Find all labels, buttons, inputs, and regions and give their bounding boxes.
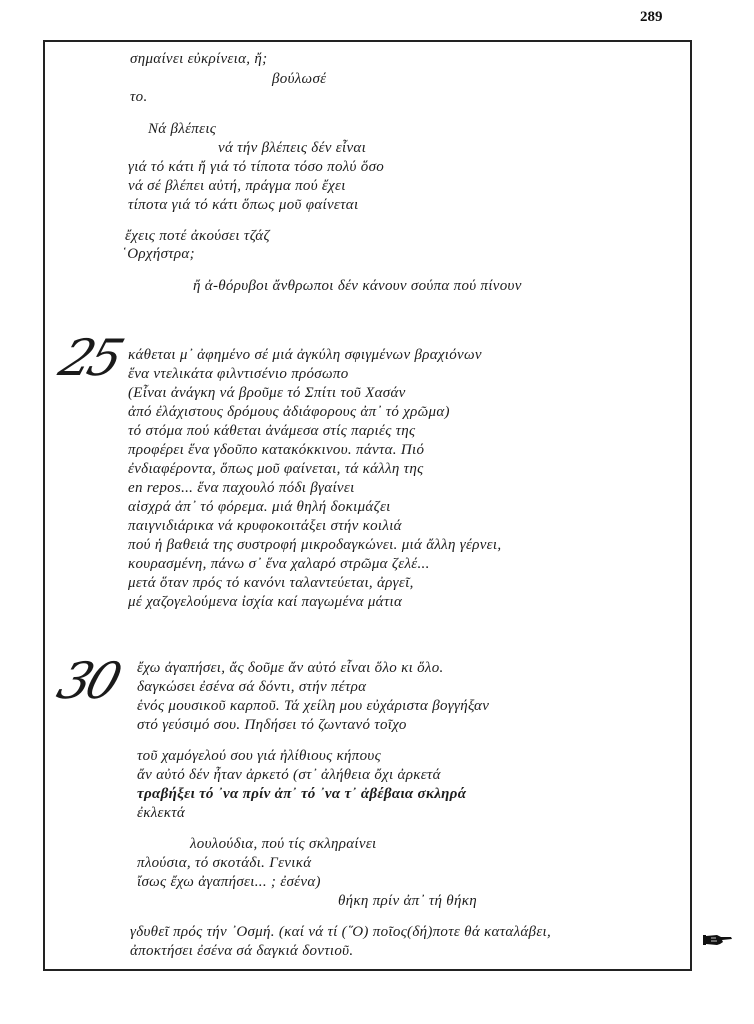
poem-line: βούλωσέ	[272, 70, 326, 88]
poem-line: ἕνα ντελικάτα φιλντισένιο πρόσωπο	[128, 365, 349, 383]
poem-line: ῾Ορχήστρα;	[122, 245, 195, 263]
poem-line: ἑνός μουσικοῦ καρποῦ. Τά χείλη μου εὐχάρ…	[137, 697, 489, 715]
poem-line: προφέρει ἕνα γδοῦπο κατακόκκινου. πάντα.…	[128, 441, 424, 459]
poem-line: ἄν αὐτό δέν ἦταν ἀρκετό (στ᾽ ἀλήθεια ὄχι…	[137, 766, 441, 784]
poem-line: ἔχεις ποτέ ἀκούσει τζάζ	[125, 227, 270, 245]
poem-line: ἔχω ἀγαπήσει, ἄς δοῦμε ἄν αὐτό εἶναι ὅλο…	[137, 659, 444, 677]
poem-line: ἤ ἀ-θόρυβοι ἄνθρωποι δέν κάνουν σούπα πο…	[193, 277, 522, 295]
poem-line: ἐκλεκτά	[137, 804, 185, 822]
poem-line: ἴσως ἔχω ἀγαπήσει... ; ἐσένα)	[137, 873, 321, 891]
poem-line: en repos... ἕνα παχουλό πόδι βγαίνει	[128, 479, 355, 497]
pointing-hand-icon	[703, 932, 733, 948]
poem-line: αἰσχρά ἀπ᾽ τό φόρεμα. μιά θηλή δοκιμάζει	[128, 498, 391, 516]
poem-line: μετά ὅταν πρός τό κανόνι ταλαντεύεται, ἀ…	[128, 574, 414, 592]
poem-line: ἐνδιαφέροντα, ὅπως μοῦ φαίνεται, τά κάλλ…	[128, 460, 423, 478]
poem-line: κάθεται μ᾽ ἀφημένο σέ μιά ἀγκύλη σφιγμέν…	[128, 346, 482, 364]
poem-line: τραβήξει τό ᾽να πρίν ἀπ᾽ τό ᾽να τ᾽ ἀβέβα…	[137, 785, 466, 803]
poem-line: παιγνιδιάρικα νά κρυφοκοιτάξει στήν κοιλ…	[128, 517, 402, 535]
poem-line: ἀποκτήσει ἐσένα σά δαγκιά δοντιοῦ.	[130, 942, 353, 960]
poem-line: τίποτα γιά τό κάτι ὅπως μοῦ φαίνεται	[128, 196, 358, 214]
poem-line: σημαίνει εὐκρίνεια, ἤ;	[130, 50, 267, 68]
poem-line: δαγκώσει ἐσένα σά δόντι, στήν πέτρα	[137, 678, 366, 696]
poem-line: θήκη πρίν ἀπ᾽ τή θήκη	[338, 892, 477, 910]
poem-line: τοῦ χαμόγελού σου γιά ἠλίθιους κήπους	[137, 747, 381, 765]
poem-line: στό γεύσιμό σου. Πηδήσει τό ζωντανό τοῖχ…	[137, 716, 407, 734]
poem-line: νά σέ βλέπει αὐτή, πράγμα πού ἔχει	[128, 177, 346, 195]
poem-line: το.	[130, 88, 148, 106]
poem-line: κουρασμένη, πάνω σ᾽ ἕνα χαλαρό στρῶμα ζε…	[128, 555, 430, 573]
poem-line: γδυθεῖ πρός τήν ᾽Οσμή. (καί νά τί (῞Ο) π…	[130, 923, 551, 941]
poem-line: γιά τό κάτι ἤ γιά τό τίποτα τόσο πολύ ὅσ…	[128, 158, 384, 176]
poem-line: ἀπό ἐλάχιστους δρόμους ἀδιάφορους ἀπ᾽ τό…	[128, 403, 450, 421]
page-number: 289	[640, 9, 663, 26]
poem-line: πλούσια, τό σκοτάδι. Γενικά	[137, 854, 311, 872]
poem-line: τό στόμα πού κάθεται ἀνάμεσα στίς παριές…	[128, 422, 415, 440]
poem-line: μέ χαζογελούμενα ἰσχία καί παγωμένα μάτι…	[128, 593, 402, 611]
poem-line: λουλούδια, πού τίς σκληραίνει	[190, 835, 377, 853]
poem-line: νά τήν βλέπεις δέν εἶναι	[218, 139, 366, 157]
poem-line: Νά βλέπεις	[148, 120, 216, 138]
poem-line: (Εἶναι ἀνάγκη νά βροῦμε τό Σπίτι τοῦ Χασ…	[128, 384, 406, 402]
poem-line: πού ἡ βαθειά της συστροφή μικροδαγκώνει.…	[128, 536, 501, 554]
